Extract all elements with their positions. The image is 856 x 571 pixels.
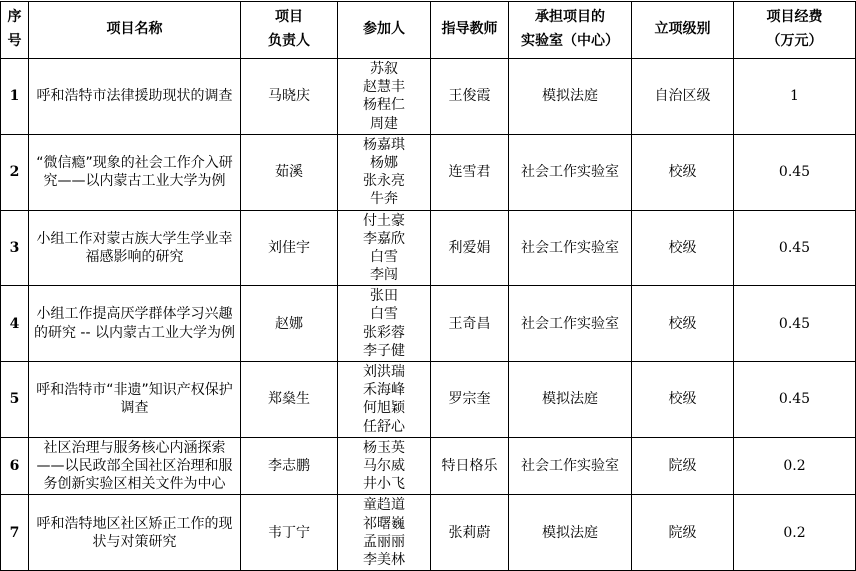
cell-serial: 4	[1, 286, 29, 362]
cell-participants: 刘洪瑞 禾海峰 何旭颖 任舒心	[338, 362, 431, 438]
cell-project-name: 社区治理与服务核心内涵探索——以民政部全国社区治理和服务创新实验区相关文件为中心	[29, 437, 241, 495]
cell-participants: 杨嘉琪 杨娜 张永亮 牛奔	[338, 134, 431, 210]
cell-advisor: 张莉蔚	[431, 495, 509, 571]
cell-serial: 7	[1, 495, 29, 571]
cell-lab: 社会工作实验室	[509, 286, 632, 362]
cell-leader: 马晓庆	[241, 59, 338, 135]
cell-advisor: 特日格乐	[431, 437, 509, 495]
cell-funding: 0.45	[734, 210, 856, 286]
header-serial: 序 号	[1, 2, 29, 59]
table-row: 7呼和浩特地区社区矫正工作的现状与对策研究韦丁宁童趋道 祁曙巍 孟丽丽 李美林张…	[1, 495, 856, 571]
cell-funding: 0.45	[734, 362, 856, 438]
cell-level: 校级	[632, 210, 734, 286]
cell-leader: 茹溪	[241, 134, 338, 210]
header-lab: 承担项目的 实验室（中心）	[509, 2, 632, 59]
cell-advisor: 罗宗奎	[431, 362, 509, 438]
cell-advisor: 王俊霞	[431, 59, 509, 135]
cell-lab: 模拟法庭	[509, 495, 632, 571]
table-row: 2“微信瘾”现象的社会工作介入研究——以内蒙古工业大学为例茹溪杨嘉琪 杨娜 张永…	[1, 134, 856, 210]
cell-project-name: 呼和浩特市“非遗”知识产权保护调查	[29, 362, 241, 438]
cell-funding: 1	[734, 59, 856, 135]
cell-participants: 张田 白雪 张彩蓉 李子健	[338, 286, 431, 362]
table-row: 5呼和浩特市“非遗”知识产权保护调查郑燊生刘洪瑞 禾海峰 何旭颖 任舒心罗宗奎模…	[1, 362, 856, 438]
cell-lab: 模拟法庭	[509, 59, 632, 135]
header-level: 立项级别	[632, 2, 734, 59]
header-funding: 项目经费 （万元）	[734, 2, 856, 59]
header-advisor: 指导教师	[431, 2, 509, 59]
cell-advisor: 王奇昌	[431, 286, 509, 362]
table-header: 序 号 项目名称 项目 负责人 参加人 指导教师 承担项目的 实验室（中心） 立…	[1, 2, 856, 59]
cell-lab: 社会工作实验室	[509, 437, 632, 495]
cell-project-name: 呼和浩特市法律援助现状的调查	[29, 59, 241, 135]
cell-lab: 社会工作实验室	[509, 134, 632, 210]
cell-advisor: 连雪君	[431, 134, 509, 210]
header-project-name: 项目名称	[29, 2, 241, 59]
cell-participants: 杨玉英 马尔威 井小飞	[338, 437, 431, 495]
cell-project-name: 小组工作对蒙古族大学生学业幸福感影响的研究	[29, 210, 241, 286]
header-leader: 项目 负责人	[241, 2, 338, 59]
cell-advisor: 利爱娟	[431, 210, 509, 286]
cell-level: 校级	[632, 286, 734, 362]
cell-leader: 赵娜	[241, 286, 338, 362]
cell-participants: 苏叙 赵慧丰 杨程仁 周建	[338, 59, 431, 135]
table-row: 4小组工作提高厌学群体学习兴趣的研究 -- 以内蒙古工业大学为例赵娜张田 白雪 …	[1, 286, 856, 362]
cell-level: 院级	[632, 495, 734, 571]
cell-serial: 2	[1, 134, 29, 210]
cell-lab: 模拟法庭	[509, 362, 632, 438]
cell-level: 院级	[632, 437, 734, 495]
cell-serial: 6	[1, 437, 29, 495]
table-row: 3小组工作对蒙古族大学生学业幸福感影响的研究刘佳宇付土豪 李嘉欣 白雪 李闯利爱…	[1, 210, 856, 286]
cell-leader: 刘佳宇	[241, 210, 338, 286]
cell-project-name: “微信瘾”现象的社会工作介入研究——以内蒙古工业大学为例	[29, 134, 241, 210]
cell-serial: 1	[1, 59, 29, 135]
cell-funding: 0.45	[734, 286, 856, 362]
cell-project-name: 小组工作提高厌学群体学习兴趣的研究 -- 以内蒙古工业大学为例	[29, 286, 241, 362]
cell-serial: 3	[1, 210, 29, 286]
cell-level: 自治区级	[632, 59, 734, 135]
table-row: 1呼和浩特市法律援助现状的调查马晓庆苏叙 赵慧丰 杨程仁 周建王俊霞模拟法庭自治…	[1, 59, 856, 135]
header-row: 序 号 项目名称 项目 负责人 参加人 指导教师 承担项目的 实验室（中心） 立…	[1, 2, 856, 59]
cell-funding: 0.45	[734, 134, 856, 210]
cell-leader: 李志鹏	[241, 437, 338, 495]
cell-participants: 童趋道 祁曙巍 孟丽丽 李美林	[338, 495, 431, 571]
cell-project-name: 呼和浩特地区社区矫正工作的现状与对策研究	[29, 495, 241, 571]
document-page: 序 号 项目名称 项目 负责人 参加人 指导教师 承担项目的 实验室（中心） 立…	[0, 1, 856, 552]
project-table: 序 号 项目名称 项目 负责人 参加人 指导教师 承担项目的 实验室（中心） 立…	[0, 1, 856, 571]
cell-level: 校级	[632, 362, 734, 438]
cell-participants: 付土豪 李嘉欣 白雪 李闯	[338, 210, 431, 286]
table-row: 6社区治理与服务核心内涵探索——以民政部全国社区治理和服务创新实验区相关文件为中…	[1, 437, 856, 495]
header-participants: 参加人	[338, 2, 431, 59]
cell-funding: 0.2	[734, 495, 856, 571]
table-body: 1呼和浩特市法律援助现状的调查马晓庆苏叙 赵慧丰 杨程仁 周建王俊霞模拟法庭自治…	[1, 59, 856, 571]
cell-serial: 5	[1, 362, 29, 438]
cell-funding: 0.2	[734, 437, 856, 495]
cell-leader: 郑燊生	[241, 362, 338, 438]
cell-lab: 社会工作实验室	[509, 210, 632, 286]
cell-level: 校级	[632, 134, 734, 210]
cell-leader: 韦丁宁	[241, 495, 338, 571]
